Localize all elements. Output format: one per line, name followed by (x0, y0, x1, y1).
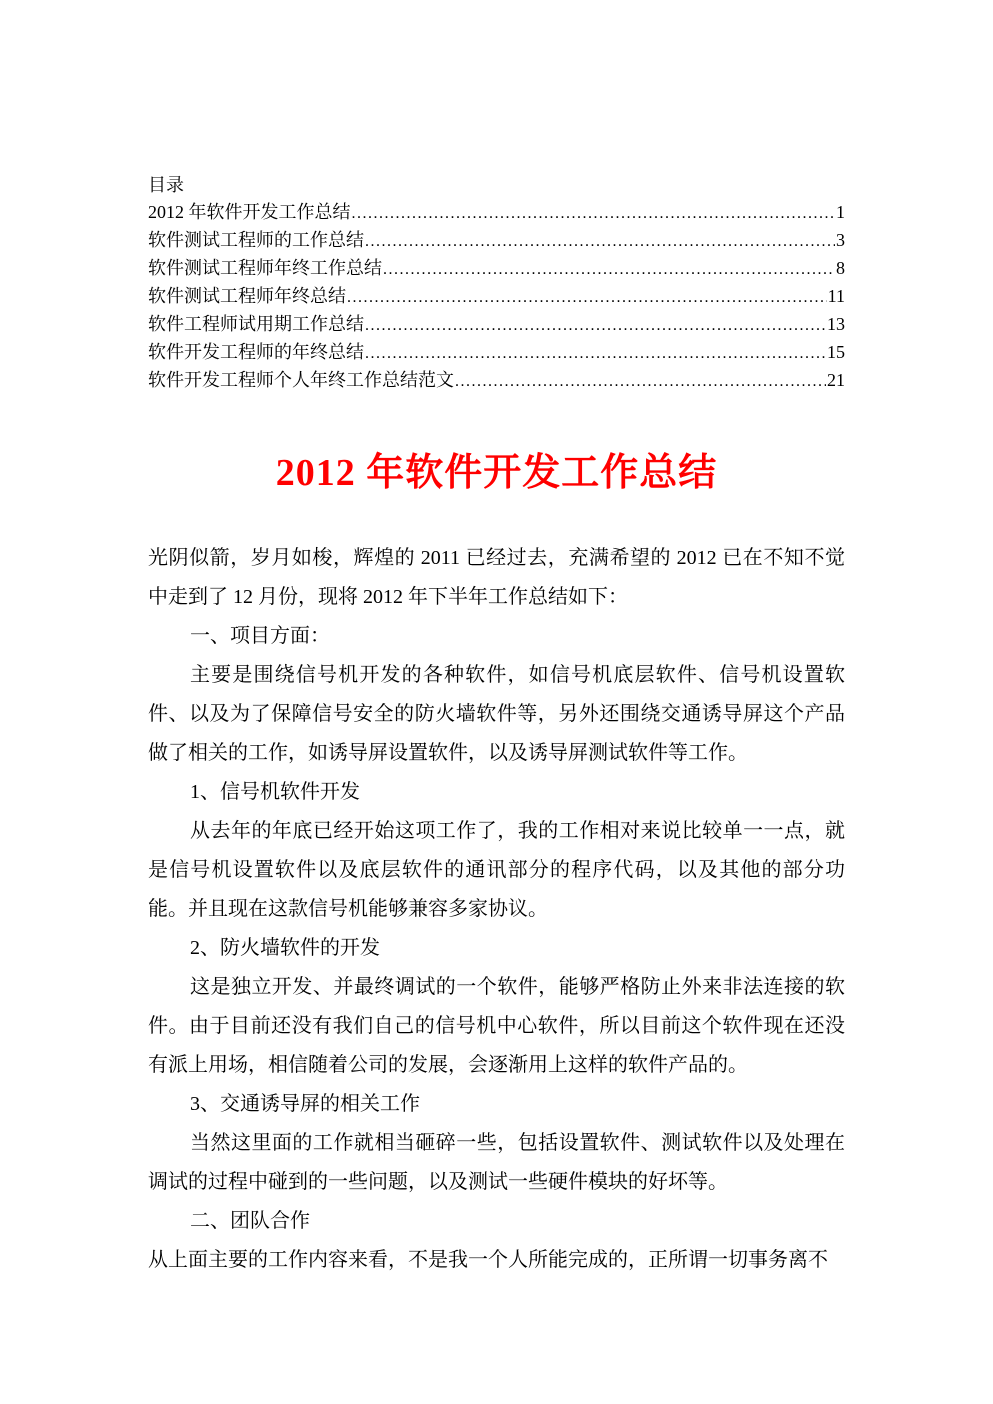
toc-entry-title: 软件测试工程师的工作总结 (148, 227, 364, 254)
toc-dot-leader (352, 200, 836, 227)
toc-entry-page-number: 13 (827, 311, 845, 338)
body-paragraph: 主要是围绕信号机开发的各种软件，如信号机底层软件、信号机设置软件、以及为了保障信… (148, 656, 845, 773)
toc-entry-page-number: 11 (828, 283, 845, 310)
section-heading: 二、团队合作 (148, 1202, 845, 1241)
body-paragraph: 从上面主要的工作内容来看，不是我一个人所能完成的，正所谓一切事务离不 (148, 1241, 845, 1280)
document-body: 光阴似箭，岁月如梭，辉煌的 2011 已经过去，充满希望的 2012 已在不知不… (148, 539, 845, 1280)
body-paragraph: 光阴似箭，岁月如梭，辉煌的 2011 已经过去，充满希望的 2012 已在不知不… (148, 539, 845, 617)
document-title: 2012 年软件开发工作总结 (148, 449, 845, 497)
table-of-contents: 目录 2012 年软件开发工作总结 1 软件测试工程师的工作总结 3 软件测试工… (148, 172, 845, 395)
toc-entry[interactable]: 软件开发工程师个人年终工作总结范文 21 (148, 367, 845, 395)
body-paragraph: 这是独立开发、并最终调试的一个软件，能够严格防止外来非法连接的软件。由于目前还没… (148, 968, 845, 1085)
body-paragraph: 当然这里面的工作就相当砸碎一些，包括设置软件、测试软件以及处理在调试的过程中碰到… (148, 1124, 845, 1202)
toc-entry-page-number: 21 (827, 367, 845, 394)
toc-entry-page-number: 15 (827, 339, 845, 366)
toc-dot-leader (383, 256, 835, 283)
toc-entry-page-number: 8 (836, 255, 845, 282)
toc-dot-leader (455, 368, 826, 395)
toc-entry[interactable]: 软件测试工程师年终总结 11 (148, 283, 845, 311)
toc-entry[interactable]: 2012 年软件开发工作总结 1 (148, 199, 845, 227)
toc-entry[interactable]: 软件测试工程师的工作总结 3 (148, 227, 845, 255)
toc-heading: 目录 (148, 172, 845, 199)
body-paragraph: 从去年的年底已经开始这项工作了，我的工作相对来说比较单一一点，就是信号机设置软件… (148, 812, 845, 929)
toc-entry-page-number: 1 (836, 199, 845, 226)
toc-entry[interactable]: 软件工程师试用期工作总结 13 (148, 311, 845, 339)
toc-entry-title: 2012 年软件开发工作总结 (148, 199, 351, 226)
toc-dot-leader (365, 312, 826, 339)
toc-entry-title: 软件开发工程师的年终总结 (148, 339, 364, 366)
document-page: 目录 2012 年软件开发工作总结 1 软件测试工程师的工作总结 3 软件测试工… (0, 0, 993, 1404)
section-heading: 2、防火墙软件的开发 (148, 929, 845, 968)
section-heading: 3、交通诱导屏的相关工作 (148, 1085, 845, 1124)
toc-dot-leader (365, 228, 835, 255)
toc-dot-leader (365, 340, 826, 367)
toc-entry-title: 软件工程师试用期工作总结 (148, 311, 364, 338)
toc-entry-page-number: 3 (836, 227, 845, 254)
section-heading: 1、信号机软件开发 (148, 773, 845, 812)
toc-entry-title: 软件测试工程师年终总结 (148, 283, 346, 310)
toc-dot-leader (347, 284, 827, 311)
toc-entry-title: 软件测试工程师年终工作总结 (148, 255, 382, 282)
toc-entry[interactable]: 软件开发工程师的年终总结 15 (148, 339, 845, 367)
toc-entry-title: 软件开发工程师个人年终工作总结范文 (148, 367, 454, 394)
section-heading: 一、项目方面： (148, 617, 845, 656)
toc-entry[interactable]: 软件测试工程师年终工作总结 8 (148, 255, 845, 283)
